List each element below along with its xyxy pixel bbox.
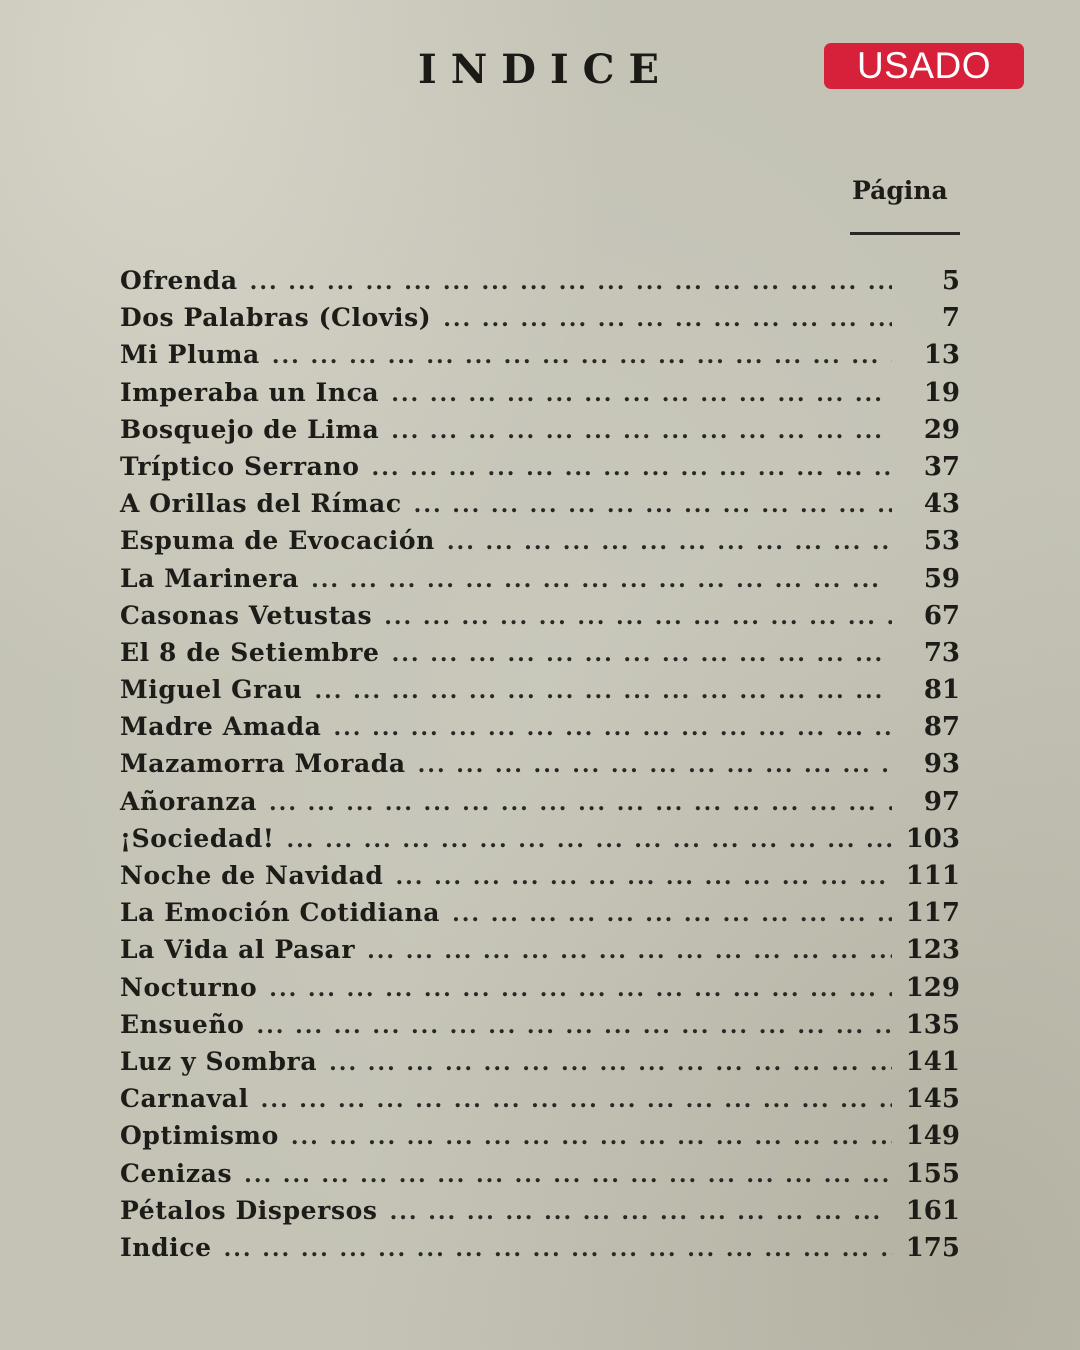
entry-title: Luz y Sombra	[120, 1043, 317, 1080]
entry-page-number: 67	[900, 598, 960, 635]
toc-entry: Nocturno129	[120, 969, 960, 1006]
entry-page-number: 7	[900, 300, 960, 337]
entry-title: Indice	[120, 1229, 212, 1266]
entry-title: Añoranza	[120, 783, 257, 820]
dot-leader	[329, 1045, 892, 1082]
toc-entry: Espuma de Evocación53	[120, 522, 960, 559]
toc-entry: La Emoción Cotidiana117	[120, 894, 960, 931]
dot-leader	[256, 1008, 892, 1045]
entry-title: A Orillas del Rímac	[120, 485, 402, 522]
entry-title: La Emoción Cotidiana	[120, 894, 440, 931]
entry-title: ¡Sociedad!	[120, 820, 274, 857]
entry-page-number: 37	[900, 449, 960, 486]
entry-page-number: 123	[900, 932, 960, 969]
dot-leader	[244, 1157, 892, 1194]
toc-entry: Madre Amada87	[120, 708, 960, 745]
toc-entry: Ofrenda5	[120, 262, 960, 299]
dot-leader	[224, 1231, 892, 1268]
entry-title: Nocturno	[120, 969, 257, 1006]
entry-title: Pétalos Dispersos	[120, 1192, 378, 1229]
entry-page-number: 93	[900, 746, 960, 783]
entry-title: Ensueño	[120, 1006, 244, 1043]
toc-entry: Casonas Vetustas67	[120, 597, 960, 634]
toc-entry: Miguel Grau81	[120, 671, 960, 708]
entry-page-number: 161	[900, 1193, 960, 1230]
entry-title: Mazamorra Morada	[120, 745, 406, 782]
toc-entry: Bosquejo de Lima29	[120, 411, 960, 448]
entry-title: Bosquejo de Lima	[120, 411, 379, 448]
dot-leader	[391, 413, 892, 450]
toc-entry: Cenizas155	[120, 1155, 960, 1192]
entry-title: Carnaval	[120, 1080, 249, 1117]
dot-leader	[261, 1082, 892, 1119]
entry-page-number: 73	[900, 635, 960, 672]
toc-entry: Tríptico Serrano37	[120, 448, 960, 485]
entry-page-number: 117	[900, 895, 960, 932]
entry-title: Casonas Vetustas	[120, 597, 372, 634]
entry-title: Optimismo	[120, 1117, 279, 1154]
toc-entry: ¡Sociedad!103	[120, 820, 960, 857]
toc-entry: Añoranza97	[120, 783, 960, 820]
used-condition-badge: USADO	[824, 43, 1024, 89]
entry-page-number: 13	[900, 337, 960, 374]
page-title: INDICE	[418, 46, 673, 93]
toc-entry: Pétalos Dispersos161	[120, 1192, 960, 1229]
toc-entry: Mazamorra Morada93	[120, 745, 960, 782]
entry-page-number: 81	[900, 672, 960, 709]
dot-leader	[269, 971, 892, 1008]
toc-entry: Dos Palabras (Clovis)7	[120, 299, 960, 336]
dot-leader	[391, 376, 892, 413]
dot-leader	[286, 822, 892, 859]
column-underline	[850, 232, 960, 235]
entry-page-number: 145	[900, 1081, 960, 1118]
entry-title: La Marinera	[120, 560, 299, 597]
toc-entry: La Vida al Pasar123	[120, 931, 960, 968]
toc-entry: Luz y Sombra141	[120, 1043, 960, 1080]
dot-leader	[291, 1119, 892, 1156]
table-of-contents: Ofrenda5 Dos Palabras (Clovis)7 Mi Pluma…	[120, 262, 960, 1266]
entry-page-number: 129	[900, 970, 960, 1007]
dot-leader	[390, 1194, 892, 1231]
toc-entry: Imperaba un Inca19	[120, 374, 960, 411]
dot-leader	[269, 785, 892, 822]
entry-title: Cenizas	[120, 1155, 232, 1192]
toc-entry: La Marinera59	[120, 560, 960, 597]
entry-page-number: 29	[900, 412, 960, 449]
entry-title: Ofrenda	[120, 262, 238, 299]
entry-title: Dos Palabras (Clovis)	[120, 299, 431, 336]
book-index-page: INDICE USADO Página Ofrenda5 Dos Palabra…	[0, 0, 1080, 1350]
entry-page-number: 149	[900, 1118, 960, 1155]
toc-entry: Optimismo149	[120, 1117, 960, 1154]
dot-leader	[372, 450, 892, 487]
dot-leader	[384, 599, 892, 636]
dot-leader	[418, 747, 892, 784]
entry-title: El 8 de Setiembre	[120, 634, 380, 671]
entry-page-number: 97	[900, 784, 960, 821]
entry-page-number: 43	[900, 486, 960, 523]
entry-page-number: 19	[900, 375, 960, 412]
dot-leader	[414, 487, 892, 524]
dot-leader	[333, 710, 892, 747]
dot-leader	[452, 896, 892, 933]
entry-title: Tríptico Serrano	[120, 448, 360, 485]
entry-page-number: 87	[900, 709, 960, 746]
entry-page-number: 141	[900, 1044, 960, 1081]
toc-entry: Noche de Navidad111	[120, 857, 960, 894]
entry-page-number: 111	[900, 858, 960, 895]
entry-page-number: 175	[900, 1230, 960, 1267]
entry-page-number: 103	[900, 821, 960, 858]
dot-leader	[447, 524, 892, 561]
dot-leader	[311, 562, 892, 599]
dot-leader	[443, 301, 892, 338]
dot-leader	[395, 859, 892, 896]
toc-entry: Indice175	[120, 1229, 960, 1266]
toc-entry: A Orillas del Rímac43	[120, 485, 960, 522]
toc-entry: Carnaval145	[120, 1080, 960, 1117]
entry-page-number: 59	[900, 561, 960, 598]
dot-leader	[250, 264, 892, 301]
entry-title: Imperaba un Inca	[120, 374, 379, 411]
entry-page-number: 53	[900, 523, 960, 560]
entry-title: Mi Pluma	[120, 336, 260, 373]
toc-entry: Mi Pluma13	[120, 336, 960, 373]
entry-page-number: 135	[900, 1007, 960, 1044]
entry-page-number: 5	[900, 263, 960, 300]
dot-leader	[392, 636, 892, 673]
entry-title: Espuma de Evocación	[120, 522, 435, 559]
entry-page-number: 155	[900, 1156, 960, 1193]
entry-title: Noche de Navidad	[120, 857, 383, 894]
dot-leader	[272, 338, 892, 375]
toc-entry: El 8 de Setiembre73	[120, 634, 960, 671]
dot-leader	[367, 933, 892, 970]
toc-entry: Ensueño135	[120, 1006, 960, 1043]
entry-title: La Vida al Pasar	[120, 931, 355, 968]
page-column-label: Página	[852, 176, 948, 205]
entry-title: Miguel Grau	[120, 671, 302, 708]
entry-title: Madre Amada	[120, 708, 321, 745]
dot-leader	[314, 673, 892, 710]
